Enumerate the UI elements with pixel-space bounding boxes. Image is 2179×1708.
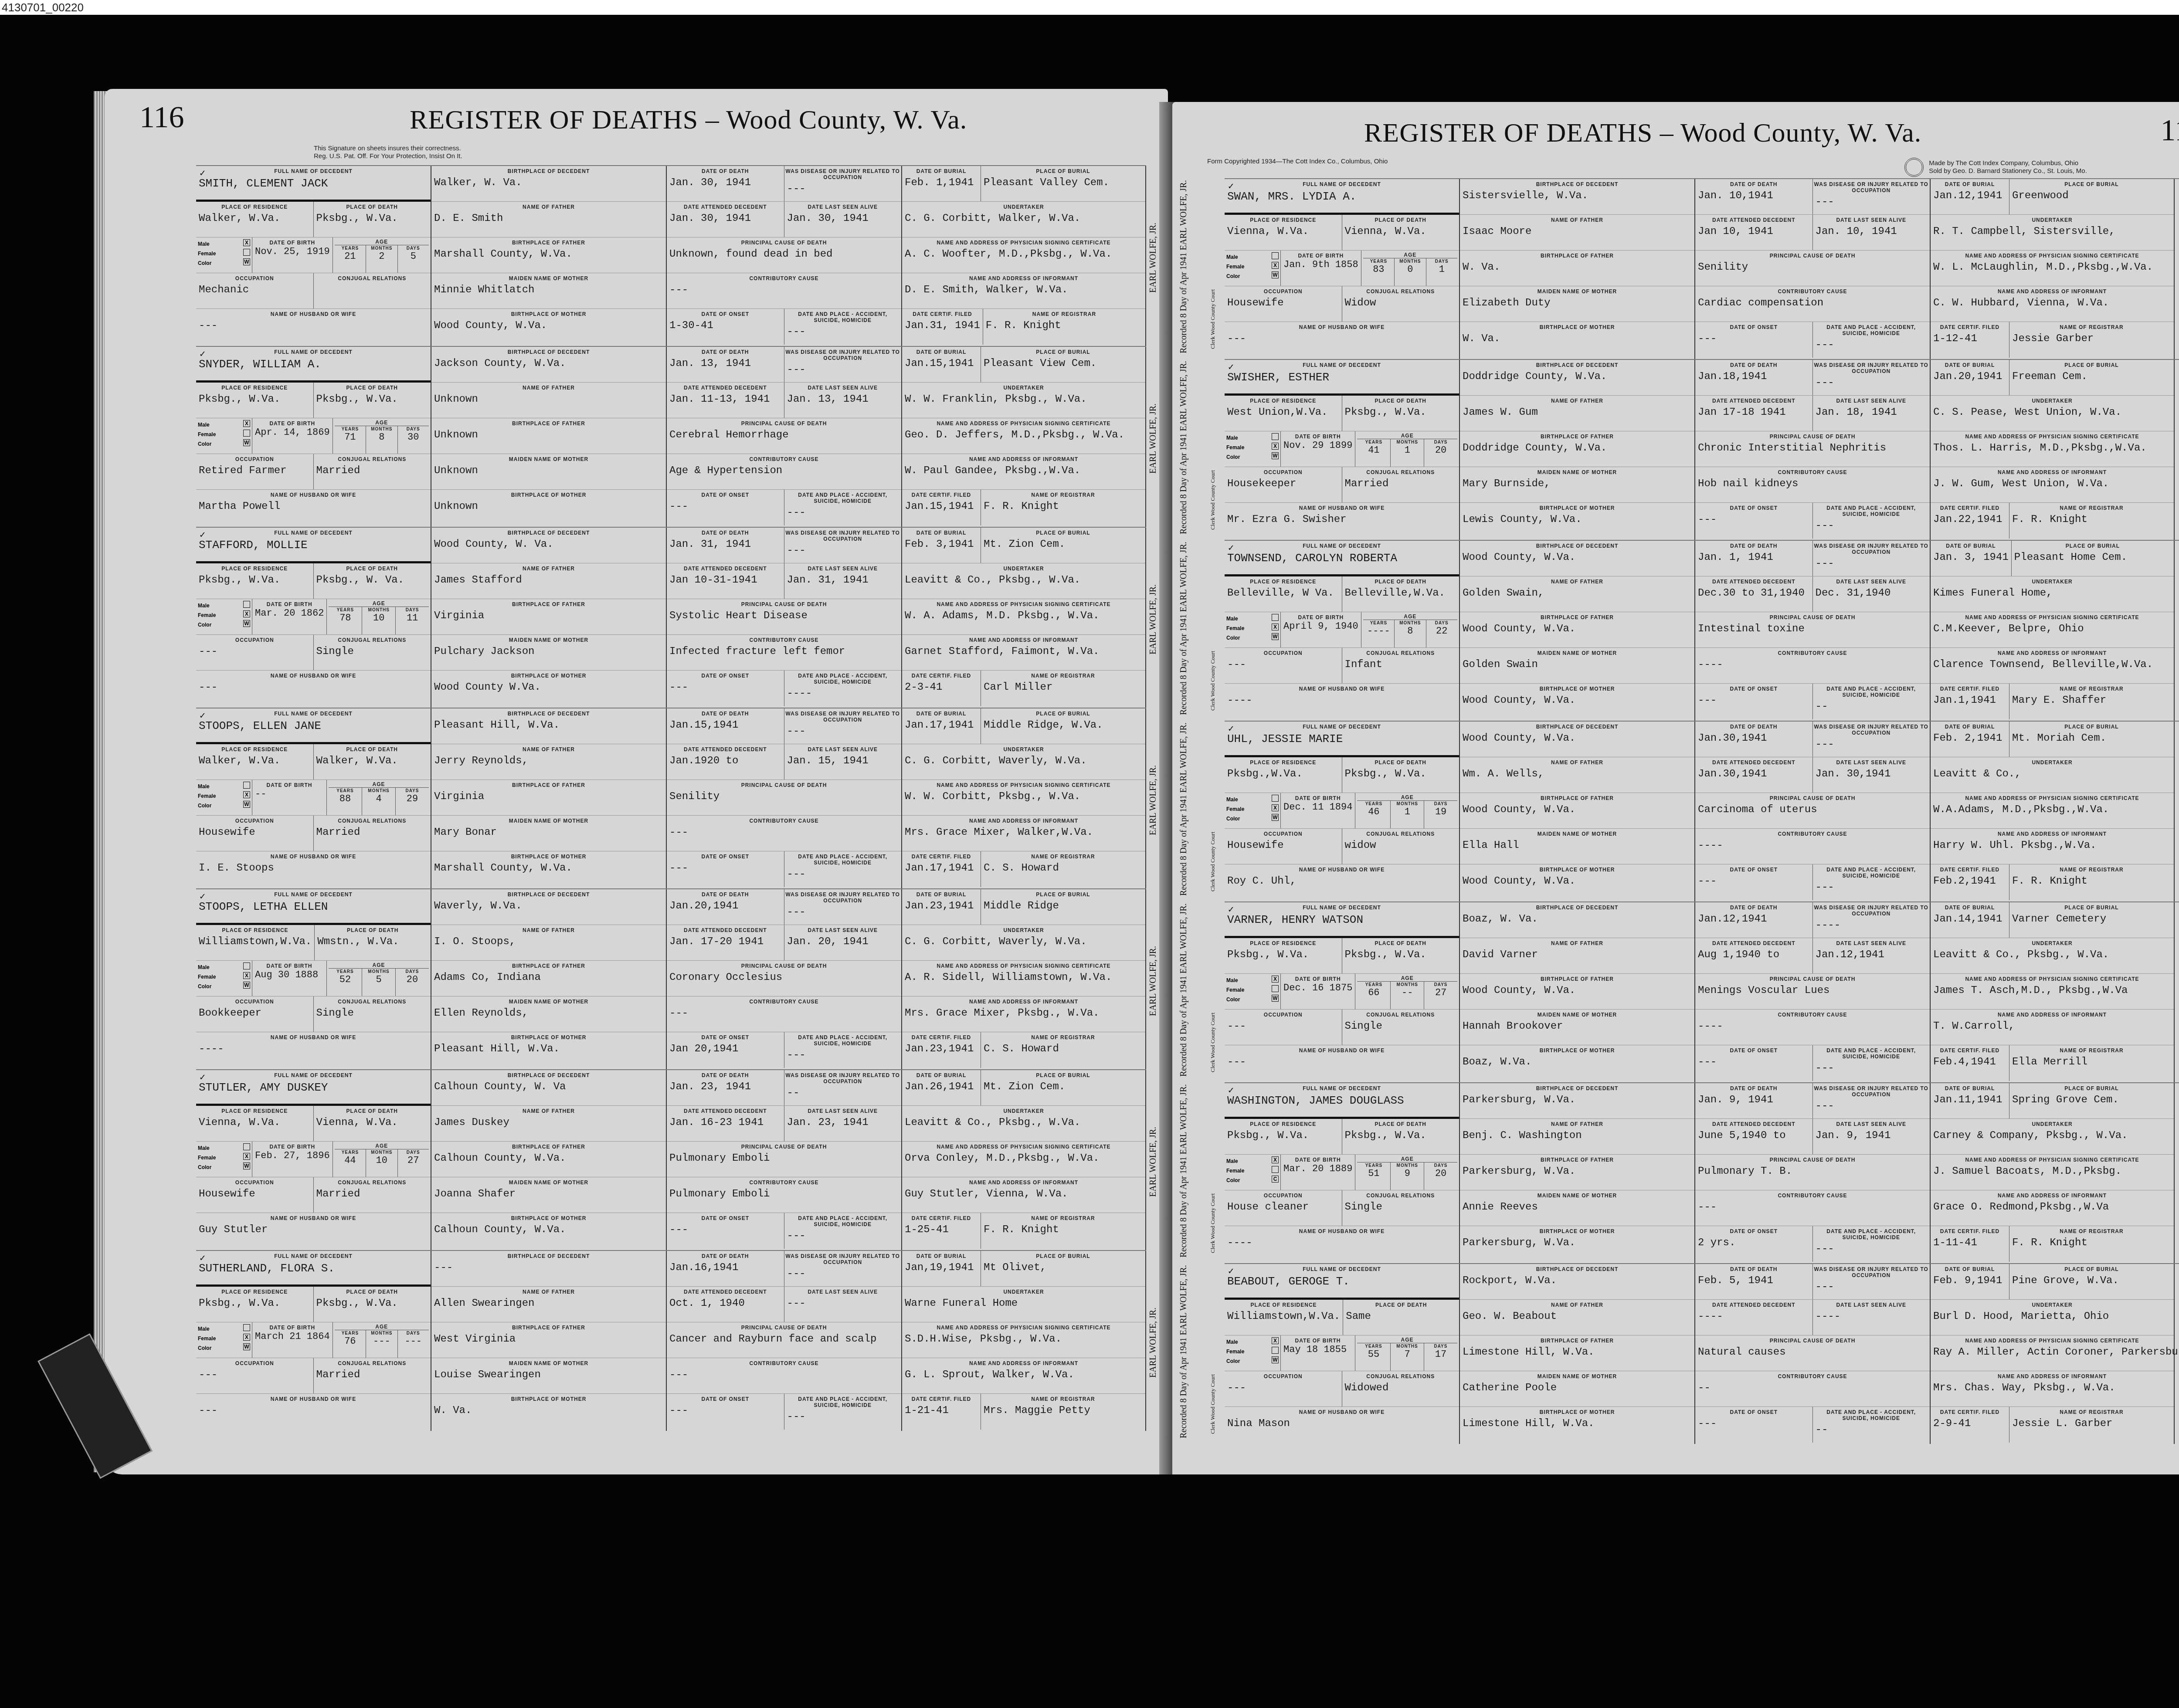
field-label: Full Name of Decedent — [196, 166, 431, 174]
date-last-seen: Jan. 30, 1941 — [784, 210, 902, 224]
register-table: ✓ Full Name of Decedent SWAN, MRS. LYDIA… — [1225, 178, 2179, 1444]
dob-value: Mar. 20 1889 — [1281, 1163, 1355, 1174]
field-label: Date Last Seen Alive — [1813, 215, 1930, 223]
date-of-death: Feb. 5, 1941 — [1695, 1272, 1812, 1287]
field-label: Months — [1391, 1343, 1424, 1349]
decedent-column: ✓ Full Name of Decedent SUTHERLAND, FLOR… — [196, 1251, 431, 1431]
death-column: Date of DeathJan.20,1941 Was Disease or … — [667, 889, 902, 1069]
father-name: James Duskey — [431, 1114, 666, 1128]
field-label: Place of Residence — [196, 1287, 313, 1295]
father-name: Wm. A. Wells, — [1460, 766, 1694, 780]
occupation-related: --- — [1813, 374, 1930, 389]
field-label: Birthplace of Father — [1460, 1335, 1694, 1344]
registrar: F. R. Knight — [2009, 873, 2174, 887]
field-label: Date Certif. Filed — [1931, 503, 2009, 511]
page-number: 116 — [139, 100, 184, 135]
male-checkbox: X — [1272, 1156, 1279, 1163]
certificate-filed-date: Jan.1,1941 — [1931, 692, 2009, 706]
father-birthplace: Wood County, W.Va. — [1460, 801, 1694, 816]
field-label: Color — [198, 982, 211, 991]
date-attended: ---- — [1695, 1308, 1812, 1322]
field-label: Name and Address of Informant — [1931, 467, 2174, 475]
field-label: Name of Husband or Wife — [1225, 1407, 1459, 1415]
occupation: Housewife — [1225, 837, 1342, 851]
field-label: Principal Cause of Death — [667, 599, 901, 607]
date-attended: Jan 10, 1941 — [1695, 223, 1812, 237]
field-label: Birthplace of Mother — [431, 851, 666, 860]
age-days: 29 — [396, 793, 429, 804]
field-label: Date of Death — [1695, 179, 1812, 187]
decedent-name: VARNER, HENRY WATSON — [1225, 911, 1459, 926]
field-label: Principal Cause of Death — [667, 780, 901, 788]
decedent-column: ✓ Full Name of Decedent SWISHER, ESTHER … — [1225, 360, 1460, 540]
field-label: Date of Onset — [667, 490, 784, 498]
field-label: Place of Death — [1342, 215, 1459, 223]
sex-color-box: MaleX Female ColorW — [196, 418, 252, 454]
field-label: Days — [1426, 620, 1457, 626]
sex-dob-age-cell: Male FemaleX ColorW Date of BirthFeb. 27… — [196, 1142, 431, 1177]
accident-details: --- — [784, 1408, 902, 1423]
checkmark-icon: ✓ — [1228, 1266, 1234, 1277]
burial-column: Date of BurialJan.17,1941 Place of Buria… — [902, 708, 1146, 888]
imprint-line: Made by The Cott Index Company, Columbus… — [1929, 159, 2078, 167]
certificate-filed-date: 2-9-41 — [1931, 1415, 2009, 1430]
field-label: Date and Place - Accident, Suicide, Homi… — [1813, 864, 1930, 879]
field-label: Principal Cause of Death — [667, 1322, 901, 1331]
decedent-name: UHL, JESSIE MARIE — [1225, 730, 1459, 746]
age-days: 5 — [398, 251, 429, 262]
burial-column: Date of BurialFeb. 9,1941 Place of Buria… — [1931, 1264, 2175, 1444]
age-years: 76 — [335, 1336, 366, 1347]
birthplace: Calhoun County, W. Va — [431, 1078, 666, 1093]
field-label: Undertaker — [1931, 1119, 2174, 1127]
female-checkbox: X — [243, 610, 250, 617]
burial-date: Jan.12,1941 — [1931, 187, 2009, 202]
registrar: F. R. Knight — [981, 1221, 1145, 1236]
field-label: Name and Address of Physician Signing Ce… — [1931, 793, 2174, 801]
field-label: Date of Death — [1695, 722, 1812, 730]
field-label: Date and Place - Accident, Suicide, Homi… — [1813, 1407, 1930, 1421]
field-label: Date and Place - Accident, Suicide, Homi… — [784, 851, 902, 866]
spouse-cell: Name of Husband or WifeNina Mason — [1225, 1407, 1459, 1443]
birthplace: Boaz, W. Va. — [1460, 911, 1694, 925]
field-label: Birthplace of Decedent — [431, 1070, 666, 1078]
field-label: Place of Burial — [2009, 1083, 2174, 1091]
field-label: Name of Registrar — [981, 490, 1145, 498]
field-label: Date of Onset — [1695, 684, 1812, 692]
field-label: Name of Husband or Wife — [196, 851, 431, 860]
field-label: Date of Birth — [252, 418, 333, 427]
field-label: Birthplace of Decedent — [431, 347, 666, 355]
spouse-name: ---- — [1225, 1234, 1459, 1249]
field-label: Birthplace of Father — [1460, 974, 1694, 982]
sex-dob-age-cell: Male FemaleX ColorW Date of BirthAug 30 … — [196, 961, 431, 996]
principal-cause: Cerebral Hemorrhage — [667, 427, 901, 441]
father-birthplace: Parkersburg, W.Va. — [1460, 1163, 1694, 1177]
father-birthplace: West Virginia — [431, 1331, 666, 1345]
field-label: Date of Burial — [1931, 902, 2009, 911]
field-label: Place of Burial — [2009, 1264, 2174, 1272]
residence: West Union,W.Va. — [1225, 404, 1342, 418]
female-checkbox — [243, 249, 250, 256]
mother-birthplace: W. Va. — [431, 1402, 666, 1417]
burial-column: Date of BurialFeb. 3,1941 Place of Buria… — [902, 528, 1146, 708]
field-label: Date Attended Decedent — [667, 383, 784, 391]
mother-birthplace: Boaz, W.Va. — [1460, 1054, 1694, 1068]
parents-column: Birthplace of DecedentSistersvielle, W.V… — [1460, 179, 1695, 359]
female-checkbox — [243, 430, 250, 437]
registrar: Mrs. Maggie Petty — [981, 1402, 1145, 1417]
field-label: Female — [1226, 443, 1244, 452]
conjugal-relations — [314, 281, 431, 284]
undertaker: Leavitt & Co., — [1931, 766, 2174, 780]
field-label: Date Attended Decedent — [1695, 396, 1812, 404]
field-label: Female — [198, 972, 216, 982]
male-checkbox — [243, 601, 250, 608]
field-label: Place of Burial — [981, 708, 1145, 717]
field-label: Name of Father — [431, 202, 666, 210]
place-of-death: Wmstn., W.Va. — [315, 933, 431, 948]
spouse-cell: Name of Husband or Wife---- — [1225, 1226, 1459, 1262]
field-label: Years — [335, 426, 366, 432]
contributory-cause: ---- — [1695, 1018, 1930, 1032]
register-entry: ✓ Full Name of Decedent SWAN, MRS. LYDIA… — [1225, 178, 2179, 359]
field-label: Occupation — [1225, 648, 1342, 656]
dob-value: May 18 1855 — [1281, 1344, 1355, 1355]
field-label: Was Disease or Injury Related to Occupat… — [1813, 179, 1930, 193]
undertaker: Carney & Company, Pksbg., W.Va. — [1931, 1127, 2174, 1142]
parents-column: Birthplace of DecedentCalhoun County, W.… — [431, 1070, 667, 1250]
field-label: Place of Residence — [1225, 215, 1342, 223]
father-birthplace: Marshall County, W.Va. — [431, 246, 666, 260]
spouse-cell: Name of Husband or Wife--- — [196, 671, 431, 706]
field-label: Undertaker — [902, 925, 1145, 933]
field-label: Name and Address of Physician Signing Ce… — [902, 418, 1145, 427]
field-label: Was Disease or Injury Related to Occupat… — [784, 166, 902, 180]
field-label: Place of Residence — [1225, 938, 1342, 946]
date-attended: Jan. 11-13, 1941 — [667, 391, 784, 405]
age-months: 8 — [1395, 626, 1426, 637]
field-label: Female — [198, 430, 216, 439]
mother-maiden-name: Unknown — [431, 462, 666, 477]
decedent-name: SMITH, CLEMENT JACK — [196, 174, 431, 190]
field-label: Principal Cause of Death — [667, 418, 901, 427]
occupation: Housewife — [196, 1186, 313, 1200]
field-label: Name of Registrar — [2009, 1226, 2174, 1234]
place-of-death: Pksbg., W.Va. — [1342, 404, 1459, 418]
page-header: 116 REGISTER OF DEATHS – Wood County, W.… — [105, 97, 1168, 145]
field-label: Days — [1424, 801, 1457, 807]
residence: Williamstown,W.Va. — [196, 933, 314, 948]
field-label: Principal Cause of Death — [667, 1142, 901, 1150]
field-label: Years — [1357, 1343, 1390, 1349]
date-of-birth: Date of BirthNov. 29 1899 — [1281, 431, 1355, 467]
field-label: Color — [198, 1162, 211, 1172]
register-entry: ✓ Full Name of Decedent SNYDER, WILLIAM … — [196, 346, 1146, 527]
field-label: Undertaker — [1931, 1300, 2174, 1308]
date-of-birth: Date of BirthNov. 25, 1919 — [252, 237, 333, 273]
field-label: Date Attended Decedent — [1695, 1300, 1812, 1308]
field-label: Occupation — [1225, 467, 1342, 475]
field-label: Principal Cause of Death — [667, 961, 901, 969]
date-last-seen: Jan. 31, 1941 — [784, 572, 902, 586]
field-label: Occupation — [1225, 1371, 1342, 1379]
mother-maiden-name: Minnie Whitlatch — [431, 281, 666, 296]
checkmark-icon: ✓ — [200, 529, 205, 541]
registrar: C. S. Howard — [981, 1040, 1145, 1055]
field-label: Was Disease or Injury Related to Occupat… — [1813, 1083, 1930, 1098]
color-box: W — [243, 1162, 250, 1169]
field-label: Contributory Cause — [1695, 286, 1930, 295]
color-box: C — [1272, 1176, 1279, 1183]
clerk-stamp: Clerk Wood County Court — [1209, 373, 1222, 530]
field-label: Occupation — [196, 996, 313, 1005]
conjugal-relations: Single — [314, 643, 431, 657]
sex-dob-age-cell: MaleX Female ColorW Date of BirthNov. 25… — [196, 237, 431, 273]
burial-column: Date of BurialJan. 3, 1941 Place of Buri… — [1931, 541, 2175, 721]
dob-value: Aug 30 1888 — [252, 969, 326, 980]
field-label: Date and Place - Accident, Suicide, Homi… — [784, 1032, 902, 1047]
field-label: Male — [1226, 252, 1238, 262]
date-attended: Jan. 17-20 1941 — [667, 933, 784, 948]
field-label: Name of Husband or Wife — [196, 671, 431, 679]
field-label: Age — [1355, 974, 1459, 981]
age: Age Years78 Months10 Days11 — [327, 599, 431, 634]
field-label: Female — [1226, 1347, 1244, 1356]
field-label: Place of Burial — [981, 166, 1145, 174]
field-label: Days — [398, 245, 429, 251]
page-number: 117 — [2161, 113, 2179, 148]
mother-maiden-name: Pulchary Jackson — [431, 643, 666, 657]
field-label: Date of Death — [1695, 902, 1812, 911]
full-name-cell: ✓ Full Name of Decedent BEABOUT, GEROGE … — [1225, 1264, 1459, 1300]
death-column: Date of DeathJan. 1, 1941 Was Disease or… — [1695, 541, 1931, 721]
field-label: Date of Onset — [1695, 322, 1812, 330]
physician: Ray A. Miller, Actin Coroner, Parkersbur… — [1931, 1344, 2174, 1358]
field-label: Place of Burial — [2009, 902, 2174, 911]
field-label: Date Attended Decedent — [1695, 938, 1812, 946]
occupation: House cleaner — [1225, 1199, 1342, 1213]
field-label: Female — [1226, 262, 1244, 271]
mother-maiden-name: Joanna Shafer — [431, 1186, 666, 1200]
date-of-birth: Date of BirthMay 18 1855 — [1281, 1335, 1355, 1371]
decedent-column: ✓ Full Name of Decedent WASHINGTON, JAME… — [1225, 1083, 1460, 1263]
field-label: Contributory Cause — [667, 454, 901, 462]
principal-cause: Pulmonary T. B. — [1695, 1163, 1930, 1177]
residence: Williamstown,W.Va. — [1225, 1308, 1343, 1322]
dob-value: Dec. 16 1875 — [1281, 982, 1355, 993]
field-label: Date of Birth — [252, 961, 326, 969]
conjugal-relations: Single — [1342, 1018, 1459, 1032]
field-label: Principal Cause of Death — [1695, 251, 1930, 259]
spouse-name: --- — [1225, 1054, 1459, 1068]
male-checkbox — [1272, 252, 1279, 259]
field-label: Place of Residence — [196, 202, 313, 210]
field-label: Date Certif. Filed — [1931, 684, 2009, 692]
field-label: Was Disease or Injury Related to Occupat… — [1813, 722, 1930, 736]
undertaker: Leavitt & Co., Pksbg., W.Va. — [902, 1114, 1145, 1128]
mother-birthplace: Wood County W.Va. — [431, 679, 666, 693]
field-label: Age — [1361, 612, 1459, 620]
field-label: Birthplace of Decedent — [431, 1251, 666, 1259]
burial-date: Jan.11,1941 — [1931, 1091, 2009, 1106]
field-label: Undertaker — [1931, 576, 2174, 585]
residence: Pksbg., W.Va. — [1225, 1127, 1342, 1142]
form-copyright: Form Copyrighted 1934—The Cott Index Co.… — [1207, 158, 1388, 166]
date-of-birth: Date of BirthDec. 11 1894 — [1281, 793, 1355, 828]
imprint-line: This Signature on sheets insures their c… — [314, 145, 461, 152]
field-label: Male — [198, 1143, 210, 1153]
checkmark-icon: ✓ — [200, 1253, 205, 1264]
full-name-cell: ✓ Full Name of Decedent SWISHER, ESTHER — [1225, 360, 1459, 396]
date-of-birth: Date of BirthFeb. 27, 1896 — [252, 1142, 333, 1177]
father-birthplace: Unknown — [431, 427, 666, 441]
occupation-related: --- — [1813, 736, 1930, 750]
burial-date: Feb. 9,1941 — [1931, 1272, 2009, 1287]
field-label: Date of Birth — [1281, 1335, 1355, 1344]
field-label: Age — [1355, 1335, 1459, 1343]
field-label: Name of Husband or Wife — [196, 1394, 431, 1402]
father-birthplace: Wood County, W.Va. — [1460, 620, 1694, 635]
field-label: Maiden Name of Mother — [1460, 829, 1694, 837]
place-of-death: Same — [1343, 1308, 1459, 1322]
burial-column: Date of BurialJan,19,1941 Place of Buria… — [902, 1251, 1146, 1431]
field-label: Months — [362, 969, 395, 974]
recorded-stamp: Recorded 8 Day of Apr 1941 EARL WOLFE, J… — [1179, 1092, 1209, 1257]
field-label: Female — [1226, 1166, 1244, 1176]
field-label: Date Last Seen Alive — [784, 383, 902, 391]
field-label: Name of Husband or Wife — [196, 1213, 431, 1221]
decedent-column: ✓ Full Name of Decedent SMITH, CLEMENT J… — [196, 166, 431, 346]
field-label: Maiden Name of Mother — [1460, 1010, 1694, 1018]
conjugal-relations: Single — [314, 1005, 431, 1019]
field-label: Birthplace of Decedent — [1460, 1264, 1694, 1272]
undertaker: C. G. Corbitt, Waverly, W.Va. — [902, 933, 1145, 948]
occupation-conjugal-cell: OccupationRetired Farmer Conjugal Relati… — [196, 454, 431, 490]
field-label: Color — [1226, 1176, 1240, 1185]
field-label: Months — [366, 1149, 397, 1155]
field-label: Place of Death — [314, 1106, 431, 1114]
field-label: Date of Burial — [902, 528, 981, 536]
field-label: Date of Death — [1695, 1264, 1812, 1272]
residence-death-cell: Place of ResidenceWest Union,W.Va. Place… — [1225, 396, 1459, 431]
field-label: Age — [333, 418, 431, 426]
field-label: Occupation — [1225, 286, 1342, 295]
field-label: Birthplace of Mother — [1460, 322, 1694, 330]
age-years: 46 — [1357, 807, 1390, 817]
field-label: Undertaker — [902, 1106, 1145, 1114]
physician: James T. Asch,M.D., Pksbg.,W.Va — [1931, 982, 2174, 996]
field-label: Date of Burial — [1931, 1083, 2009, 1091]
decedent-name: BEABOUT, GEROGE T. — [1225, 1272, 1459, 1288]
birthplace: Sistersvielle, W.Va. — [1460, 187, 1694, 202]
decedent-column: ✓ Full Name of Decedent BEABOUT, GEROGE … — [1225, 1264, 1460, 1444]
color-box: W — [243, 258, 250, 265]
field-label: Name and Address of Informant — [902, 996, 1145, 1005]
death-column: Date of DeathJan. 23, 1941 Was Disease o… — [667, 1070, 902, 1250]
field-label: Principal Cause of Death — [1695, 431, 1930, 440]
mother-birthplace: Wood County, W.Va. — [1460, 873, 1694, 887]
field-label: Date Attended Decedent — [1695, 1119, 1812, 1127]
register-entry: ✓ Full Name of Decedent STOOPS, LETHA EL… — [196, 888, 1146, 1069]
date-of-birth: Date of BirthMar. 20 1862 — [252, 599, 327, 634]
full-name-cell: ✓ Full Name of Decedent STOOPS, ELLEN JA… — [196, 708, 431, 744]
father-name: Geo. W. Beabout — [1460, 1308, 1694, 1322]
field-label: Place of Burial — [2009, 179, 2174, 187]
checkmark-icon: ✓ — [1228, 362, 1234, 373]
mother-maiden-name: Mary Burnside, — [1460, 475, 1694, 490]
form-imprint: This Signature on sheets insures their c… — [314, 145, 462, 160]
birthplace: Walker, W. Va. — [431, 174, 666, 189]
field-label: Male — [1226, 976, 1238, 985]
burial-date: Feb. 2,1941 — [1931, 730, 2009, 744]
full-name-cell: ✓ Full Name of Decedent VARNER, HENRY WA… — [1225, 902, 1459, 938]
accident-details: -- — [1813, 1421, 1930, 1436]
death-column: Date of DeathJan. 30, 1941 Was Disease o… — [667, 166, 902, 346]
field-label: Name of Father — [1460, 1300, 1694, 1308]
age-years: 41 — [1357, 445, 1390, 456]
sex-color-box: MaleX Female ColorW — [1225, 974, 1281, 1009]
field-label: Contributory Cause — [1695, 1010, 1930, 1018]
field-label: Name of Registrar — [981, 1032, 1145, 1040]
field-label: Date of Burial — [902, 889, 981, 898]
field-label: Place of Residence — [1225, 757, 1342, 766]
sex-color-box: Male FemaleX ColorW — [1225, 251, 1281, 286]
date-last-seen: Jan. 10, 1941 — [1813, 223, 1930, 237]
field-label: Place of Residence — [196, 744, 313, 752]
field-label: Date and Place - Accident, Suicide, Homi… — [1813, 1226, 1930, 1240]
parents-column: Birthplace of Decedent--- Name of Father… — [431, 1251, 667, 1431]
field-label: Female — [198, 1334, 216, 1343]
field-label: Name of Husband or Wife — [1225, 1226, 1459, 1234]
field-label: Maiden Name of Mother — [1460, 467, 1694, 475]
physician: W. W. Corbitt, Pksbg., W.Va. — [902, 788, 1145, 803]
field-label: Name and Address of Physician Signing Ce… — [902, 1142, 1145, 1150]
age: Age Years44 Months10 Days27 — [333, 1142, 431, 1177]
field-label: Full Name of Decedent — [196, 1070, 431, 1078]
field-label: Name and Address of Informant — [1931, 1190, 2174, 1199]
field-label: Contributory Cause — [1695, 467, 1930, 475]
field-label: Conjugal Relations — [1342, 648, 1459, 656]
parents-column: Birthplace of DecedentPleasant Hill, W.V… — [431, 708, 667, 888]
color-box: W — [243, 620, 250, 627]
date-of-death: Jan. 13, 1941 — [667, 355, 784, 369]
accident-details: ---- — [784, 685, 902, 699]
field-label: Undertaker — [902, 202, 1145, 210]
field-label: Date of Burial — [1931, 360, 2009, 368]
informant: T. W.Carroll, — [1931, 1018, 2174, 1032]
certificate-filed-date: Jan.15,1941 — [902, 498, 981, 512]
field-label: Date Last Seen Alive — [1813, 938, 1930, 946]
date-of-death: Jan.20,1941 — [667, 898, 784, 912]
occupation-conjugal-cell: Occupation--- Conjugal RelationsInfant — [1225, 648, 1459, 684]
field-label: Name of Father — [1460, 1119, 1694, 1127]
father-birthplace: Doddridge County, W.Va. — [1460, 440, 1694, 454]
female-checkbox: X — [1272, 804, 1279, 811]
field-label: Was Disease or Injury Related to Occupat… — [784, 889, 902, 904]
mother-birthplace: W. Va. — [1460, 330, 1694, 345]
field-label: Name and Address of Informant — [1931, 829, 2174, 837]
field-label: Name and Address of Informant — [1931, 1371, 2174, 1379]
age-months: 7 — [1391, 1349, 1424, 1360]
contributory-cause: --- — [667, 281, 901, 296]
occupation: Mechanic — [196, 281, 313, 296]
burial-column: Date of BurialJan.20,1941 Place of Buria… — [1931, 360, 2175, 540]
father-name: David Varner — [1460, 946, 1694, 961]
age-days: 27 — [398, 1155, 429, 1166]
field-label: Name of Registrar — [981, 1394, 1145, 1402]
spouse-name: I. E. Stoops — [196, 860, 431, 874]
